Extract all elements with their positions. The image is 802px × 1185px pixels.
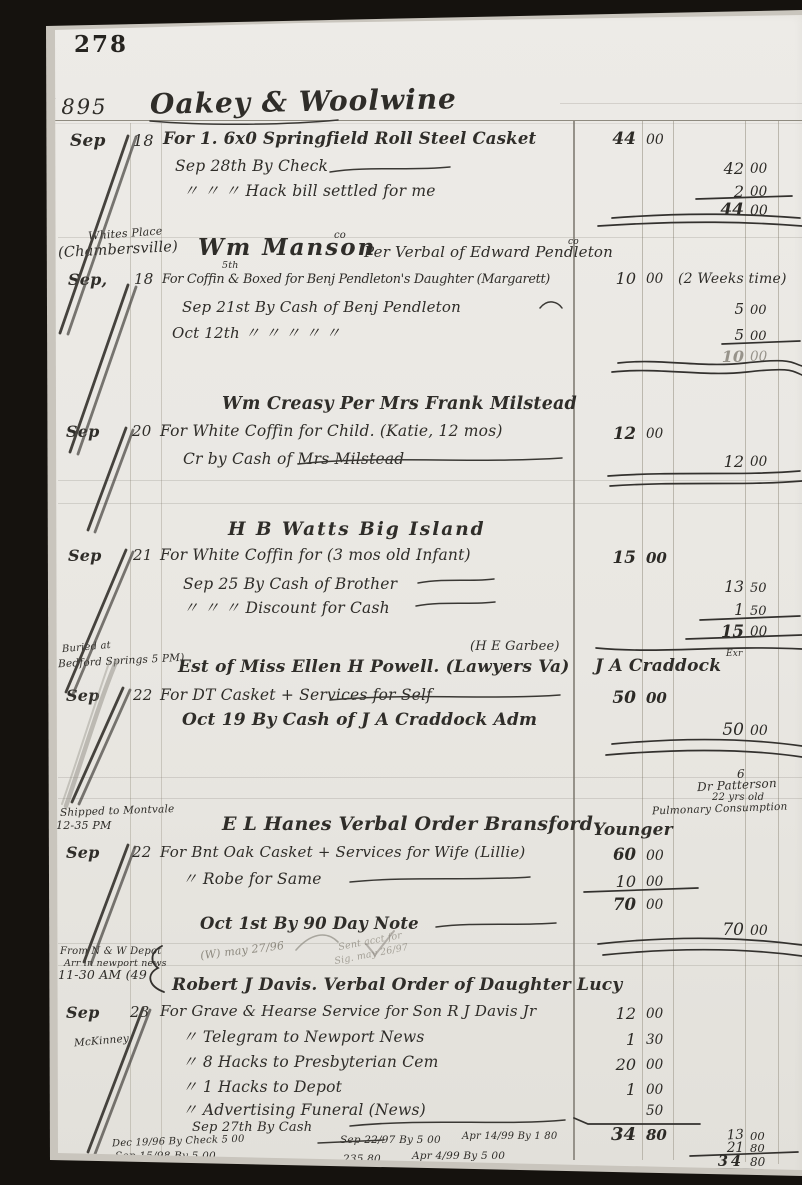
total-line-e3-b bbox=[610, 481, 802, 486]
total-line-e5-b bbox=[606, 751, 802, 757]
e4-payment-1: Sep 25 By Cash of Brother bbox=[183, 577, 397, 593]
e3-debit-dollars: 12 bbox=[578, 426, 636, 443]
e4-total-cents: 00 bbox=[750, 626, 780, 640]
e7-row-grave-dollars: 12 bbox=[578, 1006, 636, 1022]
check-mark-e5 bbox=[72, 688, 123, 802]
check-mark-e6 bbox=[84, 845, 128, 962]
rule-row-g bbox=[58, 965, 802, 966]
e6-row-robe-cents: 00 bbox=[646, 876, 674, 890]
e4-debit-dollars: 15 bbox=[578, 550, 636, 567]
e7-row-telegram: 〃 Telegram to Newport News bbox=[182, 1030, 425, 1046]
e6-subtotal-dollars: 70 bbox=[578, 897, 636, 914]
e1-credit-2-dollars: 2 bbox=[688, 184, 744, 200]
e4-credit-1-dollars: 13 bbox=[688, 580, 744, 596]
e5-debit-dollars: 50 bbox=[578, 690, 636, 707]
e7-small-note-6: Apr 4/99 By 5 00 bbox=[412, 1151, 505, 1162]
check-mark-e4 bbox=[66, 550, 126, 692]
e1-debit-cents: 00 bbox=[646, 133, 674, 147]
e7-row-advertising: 〃 Advertising Funeral (News) bbox=[182, 1103, 426, 1119]
e7-row-hacks-depot-cents: 00 bbox=[646, 1084, 674, 1098]
e5-header-exec: J A Craddock bbox=[595, 658, 721, 675]
e4-credit-1-cents: 50 bbox=[750, 582, 780, 595]
e5-month: Sep bbox=[66, 688, 100, 704]
rule-main bbox=[573, 121, 575, 1160]
e3-header: Wm Creasy Per Mrs Frank Milstead bbox=[222, 396, 577, 414]
e2-terms-note: (2 Weeks time) bbox=[678, 272, 787, 286]
e5-payment-1: Oct 19 By Cash of J A Craddock Adm bbox=[182, 712, 537, 729]
e6-payment-1: Oct 1st By 90 Day Note bbox=[200, 916, 419, 933]
e7-payment-cash: Sep 27th By Cash bbox=[192, 1121, 312, 1134]
rule-faint-top bbox=[560, 103, 802, 104]
e2-payment-1: Sep 21st By Cash of Benj Pendleton bbox=[182, 300, 461, 315]
e6-debit-cents: 00 bbox=[646, 849, 674, 863]
rule-row-e bbox=[58, 798, 802, 799]
ledger-scan: 278 1895 Oakey & Woolwine Sep 18 For 1. … bbox=[0, 0, 802, 1185]
e7-total-dollars: 34 bbox=[578, 1126, 636, 1144]
e7-row-advertising-cents: 50 bbox=[646, 1105, 674, 1119]
e7-margin-time: 11-30 AM (49 bbox=[58, 969, 147, 982]
e2-credit-2-dollars: 5 bbox=[688, 328, 744, 343]
e4-debit-cents: 00 bbox=[646, 551, 674, 566]
e6-rmargin-doctor: Dr Patterson bbox=[697, 777, 777, 793]
e2-margin-place: Whites Place bbox=[88, 225, 163, 241]
e6-subtotal-cents: 00 bbox=[646, 899, 674, 913]
e6-rmargin-cause: Pulmonary Consumption bbox=[652, 802, 788, 817]
dash-e7-cash bbox=[350, 1120, 565, 1126]
e2-payment-2: Oct 12th 〃 〃 〃 〃 〃 bbox=[172, 326, 341, 341]
e7-final-cents: 80 bbox=[750, 1156, 780, 1168]
e2-debit-cents: 00 bbox=[646, 273, 674, 287]
e7-small-note-1: Dec 19/96 By Check 5 00 bbox=[112, 1135, 245, 1150]
total-line-e2-b bbox=[612, 370, 802, 375]
rule-left-1 bbox=[130, 123, 131, 1153]
e7-small-note-3: Apr 14/99 By 1 80 bbox=[462, 1132, 557, 1142]
dash-e4a bbox=[418, 579, 494, 583]
e7-month: Sep bbox=[66, 1005, 100, 1021]
e5-header: Est of Miss Ellen H Powell. (Lawyers Va) bbox=[178, 659, 570, 676]
e6-margin-time: 12-35 PM bbox=[56, 820, 111, 831]
rule-row-b bbox=[58, 480, 802, 481]
e5-desc: For DT Casket + Services for Self bbox=[160, 688, 432, 704]
e7-header: Robert J Davis. Verbal Order of Daughter… bbox=[172, 977, 622, 994]
e7-day: 23 bbox=[130, 1005, 150, 1020]
e2-name-sup: co bbox=[334, 231, 346, 241]
e1-day: 18 bbox=[133, 133, 154, 149]
e6-debit-dollars: 60 bbox=[578, 847, 636, 864]
e5-credit-1-cents: 00 bbox=[750, 724, 780, 738]
e2-credit-1-cents: 00 bbox=[750, 304, 780, 317]
e1-credit-2-cents: 00 bbox=[750, 186, 780, 200]
line-above-e7-total bbox=[574, 1118, 700, 1124]
e7-row-grave-cents: 00 bbox=[646, 1008, 674, 1022]
rule-row-d bbox=[58, 777, 802, 778]
e3-day: 20 bbox=[132, 424, 152, 439]
e1-month: Sep bbox=[70, 133, 106, 150]
check-mark-e7 bbox=[88, 1008, 143, 1152]
e6-day: 22 bbox=[132, 845, 152, 860]
dash-e1 bbox=[330, 167, 450, 172]
e3-payment-1: Cr by Cash of Mrs Milstead bbox=[183, 452, 404, 468]
rule-row-a bbox=[58, 237, 802, 238]
e7-row-telegram-dollars: 1 bbox=[578, 1032, 636, 1048]
e6-credit-1-dollars: 70 bbox=[688, 922, 744, 939]
total-line-e3-a bbox=[608, 471, 800, 476]
e7-small-note-2: Sep 22/97 By 5 00 bbox=[340, 1135, 441, 1146]
e3-debit-cents: 00 bbox=[646, 428, 674, 442]
e6-header-2: Younger bbox=[593, 822, 673, 839]
tail-e2 bbox=[540, 302, 562, 308]
e6-row-robe-dollars: 10 bbox=[578, 874, 636, 890]
e2-desc-sup: 5th bbox=[222, 261, 239, 271]
e6-desc: For Bnt Oak Casket + Services for Wife (… bbox=[160, 845, 526, 860]
e7-row-hacks-depot-dollars: 1 bbox=[578, 1082, 636, 1098]
e1-total-cents: 00 bbox=[750, 204, 780, 218]
e4-header: H B Watts Big Island bbox=[228, 521, 486, 540]
e7-row-grave: For Grave & Hearse Service for Son R J D… bbox=[160, 1004, 536, 1019]
page-number: 278 bbox=[74, 33, 128, 56]
e5-day: 22 bbox=[133, 688, 153, 703]
e1-debit-dollars: 44 bbox=[578, 131, 636, 148]
pencil-smudge-e5 bbox=[66, 662, 116, 806]
e6-header: E L Hanes Verbal Order Bransford bbox=[222, 815, 593, 834]
e6-credit-1-cents: 00 bbox=[750, 924, 780, 938]
e5-header-exec-sup: Exr bbox=[726, 650, 743, 659]
e2-day: 18 bbox=[134, 272, 154, 287]
e7-row-telegram-cents: 30 bbox=[646, 1034, 674, 1048]
e6-month: Sep bbox=[66, 845, 100, 861]
e2-credit-2-cents: 00 bbox=[750, 330, 780, 343]
e5-margin-1: Buried at bbox=[62, 641, 112, 655]
rule-header-2 bbox=[55, 123, 802, 124]
total-line-e6-b bbox=[603, 950, 802, 956]
e6-row-robe: 〃 Robe for Same bbox=[182, 872, 322, 888]
e5-credit-1-dollars: 50 bbox=[688, 722, 744, 739]
e7-final-dollars: 34 bbox=[688, 1155, 744, 1170]
e3-desc: For White Coffin for Child. (Katie, 12 m… bbox=[160, 424, 503, 440]
e2-credit-1-dollars: 5 bbox=[688, 302, 744, 317]
rule-row-c bbox=[58, 503, 802, 504]
e4-credit-2-dollars: 1 bbox=[688, 603, 744, 619]
e7-margin-mckinney: McKinney bbox=[74, 1034, 130, 1049]
total-line-e1-b bbox=[598, 222, 802, 226]
e3-month: Sep bbox=[66, 424, 100, 440]
e4-total-dollars: 15 bbox=[688, 624, 744, 641]
e2-header-sup: co bbox=[568, 238, 579, 247]
final-line-e7-left bbox=[160, 1170, 598, 1172]
rule-row-f bbox=[58, 943, 802, 944]
e7-margin-depot: From N & W Depot bbox=[60, 947, 161, 957]
ledger-title: Oakey & Woolwine bbox=[150, 85, 457, 118]
e4-month: Sep bbox=[68, 548, 102, 564]
e7-row-hacks-cem: 〃 8 Hacks to Presbyterian Cem bbox=[182, 1055, 439, 1071]
total-line-e4-b bbox=[596, 648, 802, 650]
e2-name: Wm Manson bbox=[198, 236, 376, 259]
e4-day: 21 bbox=[133, 548, 153, 563]
e4-payment-2: 〃 〃 〃 Discount for Cash bbox=[183, 601, 390, 617]
e4-desc: For White Coffin for (3 mos old Infant) bbox=[160, 548, 471, 564]
e1-payment-2: 〃 〃 〃 Hack bill settled for me bbox=[183, 184, 436, 200]
e3-credit-1-dollars: 12 bbox=[688, 454, 744, 470]
e1-credit-1-dollars: 42 bbox=[688, 161, 744, 177]
e5-pencil-name: (H E Garbee) bbox=[470, 640, 560, 653]
check-mark-e3 bbox=[88, 428, 126, 530]
total-line-e5-a bbox=[612, 740, 802, 746]
dash-e6b bbox=[436, 923, 556, 927]
e7-row-hacks-cem-cents: 00 bbox=[646, 1059, 674, 1073]
e2-month: Sep, bbox=[68, 272, 107, 288]
e1-total-dollars: 44 bbox=[688, 202, 744, 219]
dash-e6a bbox=[350, 877, 530, 882]
ledger-page: 278 1895 Oakey & Woolwine Sep 18 For 1. … bbox=[0, 0, 802, 1185]
e7-total-cents: 80 bbox=[646, 1128, 674, 1143]
e7-credit-2-cents: 80 bbox=[750, 1143, 780, 1155]
e2-desc: For Coffin & Boxed for Benj Pendleton's … bbox=[162, 274, 550, 287]
e1-desc: For 1. 6x0 Springfield Roll Steel Casket bbox=[163, 131, 536, 148]
e2-header-rest: Per Verbal of Edward Pendleton bbox=[364, 245, 613, 260]
e2-total-dollars: 10 bbox=[688, 349, 744, 365]
e2-total-cents: 00 bbox=[750, 351, 780, 365]
rule-debit-cents bbox=[642, 121, 643, 1160]
e7-row-hacks-cem-dollars: 20 bbox=[578, 1057, 636, 1073]
e5-margin-2: Bedford Springs 5 PM) bbox=[58, 653, 185, 670]
e1-payment-1: Sep 28th By Check bbox=[175, 159, 328, 175]
e2-debit-dollars: 10 bbox=[578, 271, 636, 287]
e4-credit-2-cents: 50 bbox=[750, 605, 780, 618]
e6-margin-shipped: Shipped to Montvale bbox=[60, 804, 175, 818]
dash-e4b bbox=[416, 602, 495, 606]
e3-credit-1-cents: 00 bbox=[750, 456, 780, 470]
e5-debit-cents: 00 bbox=[646, 691, 674, 706]
e1-credit-1-cents: 00 bbox=[750, 163, 780, 177]
e7-row-hacks-depot: 〃 1 Hacks to Depot bbox=[182, 1080, 342, 1096]
